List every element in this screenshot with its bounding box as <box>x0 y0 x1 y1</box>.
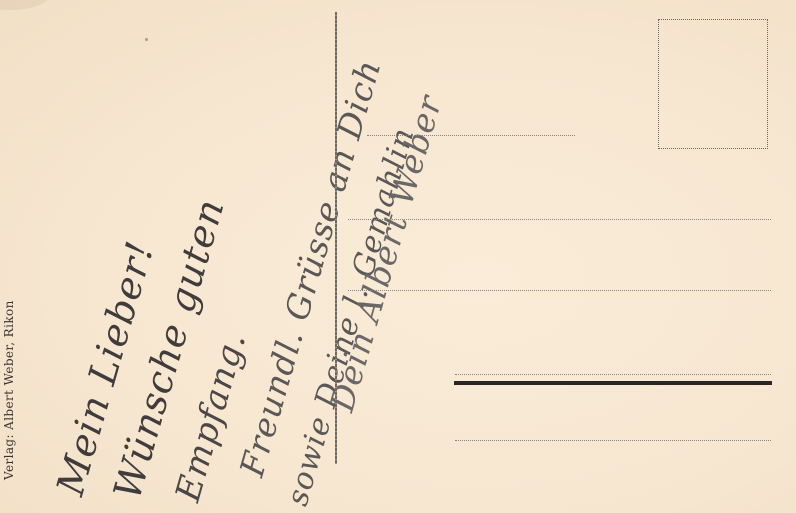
postcard-back: Verlag: Albert Weber, Rikon Mein Lieber!… <box>0 0 796 513</box>
address-line-5 <box>455 440 771 441</box>
corner-wear <box>0 0 50 10</box>
address-line-1 <box>367 135 575 136</box>
stain-spot <box>145 38 148 41</box>
center-divider <box>335 12 337 464</box>
stamp-box <box>658 19 768 149</box>
publisher-imprint: Verlag: Albert Weber, Rikon <box>2 300 16 480</box>
address-line-3 <box>348 290 771 291</box>
address-line-2 <box>348 219 771 220</box>
address-line-4 <box>455 374 771 375</box>
address-bar <box>454 381 772 385</box>
